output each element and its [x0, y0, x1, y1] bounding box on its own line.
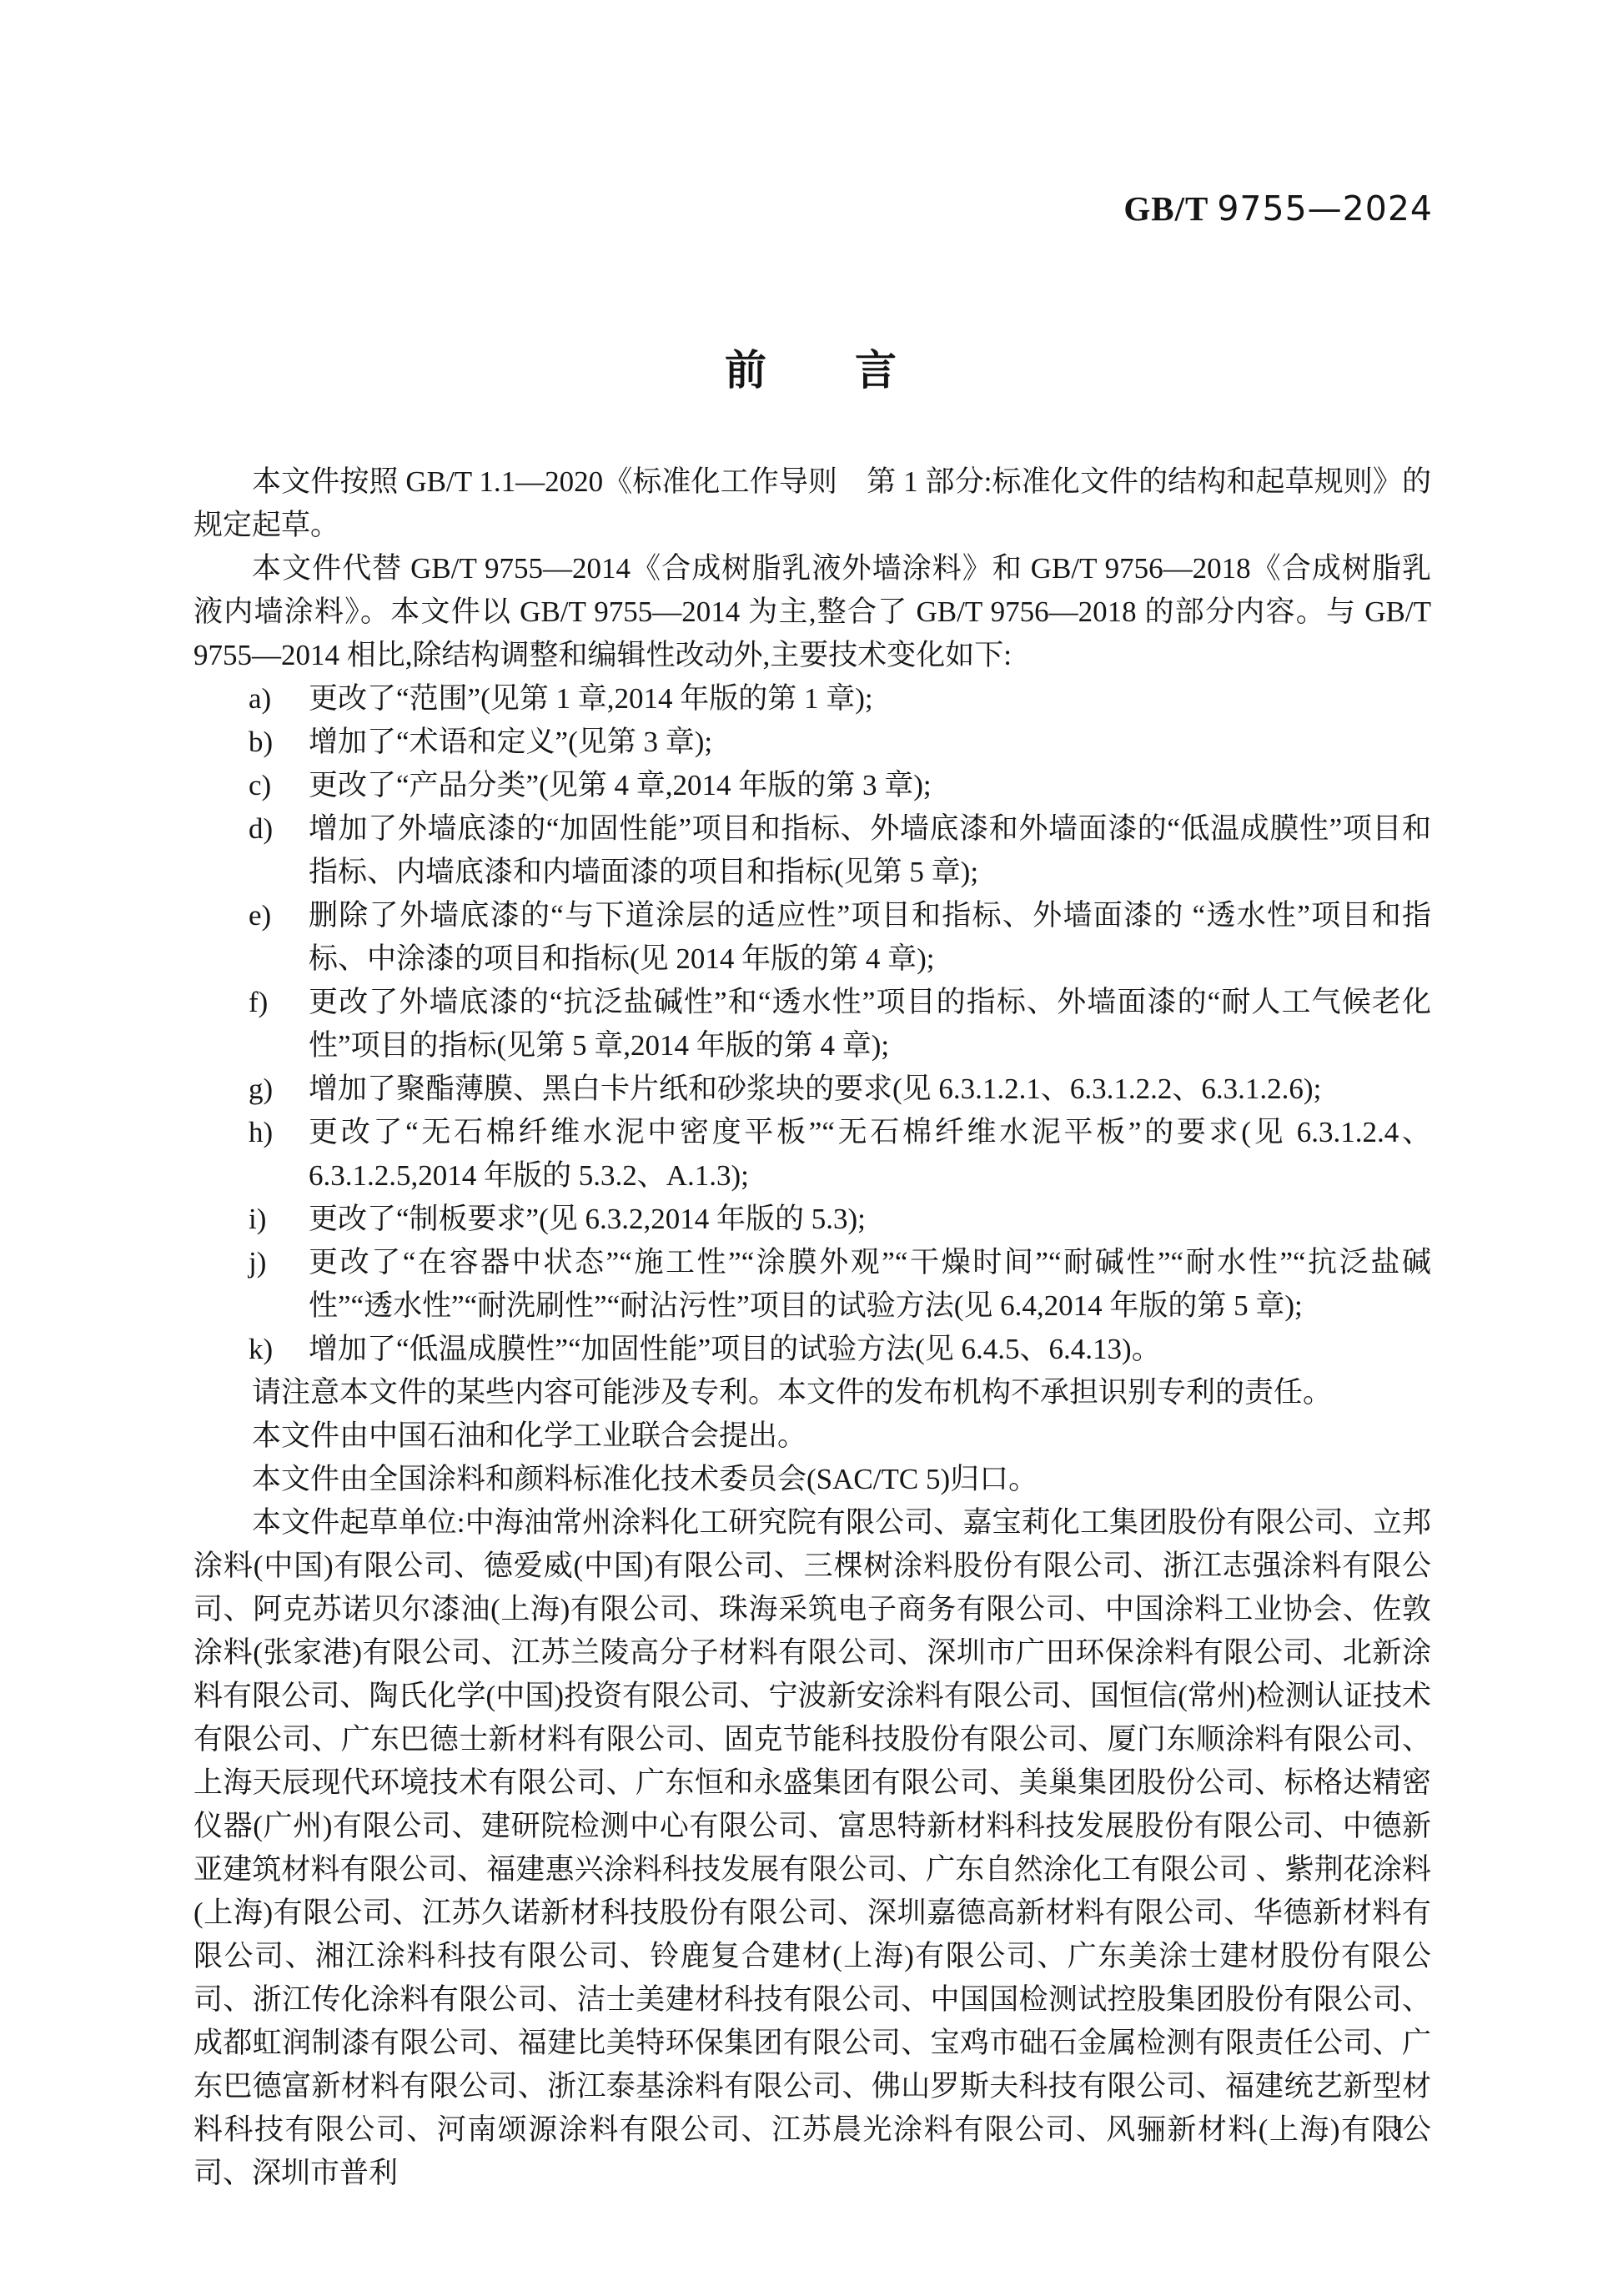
change-list-item: e) 删除了外墙底漆的“与下道涂层的适应性”项目和指标、外墙面漆的 “透水性”项…: [193, 894, 1431, 981]
change-item-label: b): [249, 721, 309, 764]
change-item-label: k): [249, 1328, 309, 1371]
page-title: 前 言: [0, 337, 1623, 397]
change-item-text: 增加了聚酯薄膜、黑白卡片纸和砂浆块的要求(见 6.3.1.2.1、6.3.1.2…: [309, 1068, 1431, 1111]
page-number: I: [1394, 2113, 1404, 2145]
change-item-label: g): [249, 1068, 309, 1111]
change-list-item: a) 更改了“范围”(见第 1 章,2014 年版的第 1 章);: [193, 677, 1431, 721]
change-item-text: 增加了“低温成膜性”“加固性能”项目的试验方法(见 6.4.5、6.4.13)。: [309, 1328, 1431, 1371]
change-item-label: a): [249, 677, 309, 721]
change-item-text: 更改了“产品分类”(见第 4 章,2014 年版的第 3 章);: [309, 764, 1431, 807]
change-list-item: b) 增加了“术语和定义”(见第 3 章);: [193, 721, 1431, 764]
change-item-text: 增加了“术语和定义”(见第 3 章);: [309, 721, 1431, 764]
change-list-item: f) 更改了外墙底漆的“抗泛盐碱性”和“透水性”项目的指标、外墙面漆的“耐人工气…: [193, 981, 1431, 1068]
document-page: GB/T9755—2024 前 言 本文件按照 GB/T 1.1—2020《标准…: [0, 0, 1623, 2296]
change-list-item: c) 更改了“产品分类”(见第 4 章,2014 年版的第 3 章);: [193, 764, 1431, 807]
foreword-body: 本文件按照 GB/T 1.1—2020《标准化工作导则 第 1 部分:标准化文件…: [193, 460, 1431, 2195]
change-item-label: i): [249, 1198, 309, 1241]
change-item-text: 删除了外墙底漆的“与下道涂层的适应性”项目和指标、外墙面漆的 “透水性”项目和指…: [309, 894, 1431, 981]
change-list-item: h) 更改了“无石棉纤维水泥中密度平板”“无石棉纤维水泥平板”的要求(见 6.3…: [193, 1111, 1431, 1198]
change-item-label: c): [249, 764, 309, 807]
change-list-item: g) 增加了聚酯薄膜、黑白卡片纸和砂浆块的要求(见 6.3.1.2.1、6.3.…: [193, 1068, 1431, 1111]
proposed-by-paragraph: 本文件由中国石油和化学工业联合会提出。: [193, 1414, 1431, 1458]
standard-number: GB/T9755—2024: [1123, 188, 1433, 229]
patent-notice-paragraph: 请注意本文件的某些内容可能涉及专利。本文件的发布机构不承担识别专利的责任。: [193, 1371, 1431, 1414]
change-item-label: f): [249, 981, 309, 1024]
change-list-item: i) 更改了“制板要求”(见 6.3.2,2014 年版的 5.3);: [193, 1198, 1431, 1241]
standard-code: GB/T: [1123, 189, 1208, 228]
change-item-text: 更改了“在容器中状态”“施工性”“涂膜外观”“干燥时间”“耐碱性”“耐水性”“抗…: [309, 1241, 1431, 1328]
standard-year-number: 9755—2024: [1217, 188, 1433, 229]
change-item-label: h): [249, 1111, 309, 1154]
change-item-text: 更改了“范围”(见第 1 章,2014 年版的第 1 章);: [309, 677, 1431, 721]
change-item-text: 更改了外墙底漆的“抗泛盐碱性”和“透水性”项目的指标、外墙面漆的“耐人工气候老化…: [309, 981, 1431, 1068]
centralized-by-paragraph: 本文件由全国涂料和颜料标准化技术委员会(SAC/TC 5)归口。: [193, 1458, 1431, 1501]
foreword-paragraph: 本文件按照 GB/T 1.1—2020《标准化工作导则 第 1 部分:标准化文件…: [193, 460, 1431, 547]
change-list-item: d) 增加了外墙底漆的“加固性能”项目和指标、外墙底漆和外墙面漆的“低温成膜性”…: [193, 807, 1431, 894]
drafting-organizations-paragraph: 本文件起草单位:中海油常州涂料化工研究院有限公司、嘉宝莉化工集团股份有限公司、立…: [193, 1501, 1431, 2195]
foreword-paragraph: 本文件代替 GB/T 9755—2014《合成树脂乳液外墙涂料》和 GB/T 9…: [193, 547, 1431, 677]
change-item-label: e): [249, 894, 309, 937]
change-list-item: j) 更改了“在容器中状态”“施工性”“涂膜外观”“干燥时间”“耐碱性”“耐水性…: [193, 1241, 1431, 1328]
change-item-text: 更改了“制板要求”(见 6.3.2,2014 年版的 5.3);: [309, 1198, 1431, 1241]
change-list-item: k) 增加了“低温成膜性”“加固性能”项目的试验方法(见 6.4.5、6.4.1…: [193, 1328, 1431, 1371]
change-item-text: 增加了外墙底漆的“加固性能”项目和指标、外墙底漆和外墙面漆的“低温成膜性”项目和…: [309, 807, 1431, 894]
change-item-label: d): [249, 807, 309, 851]
change-item-text: 更改了“无石棉纤维水泥中密度平板”“无石棉纤维水泥平板”的要求(见 6.3.1.…: [309, 1111, 1431, 1198]
change-item-label: j): [249, 1241, 309, 1284]
